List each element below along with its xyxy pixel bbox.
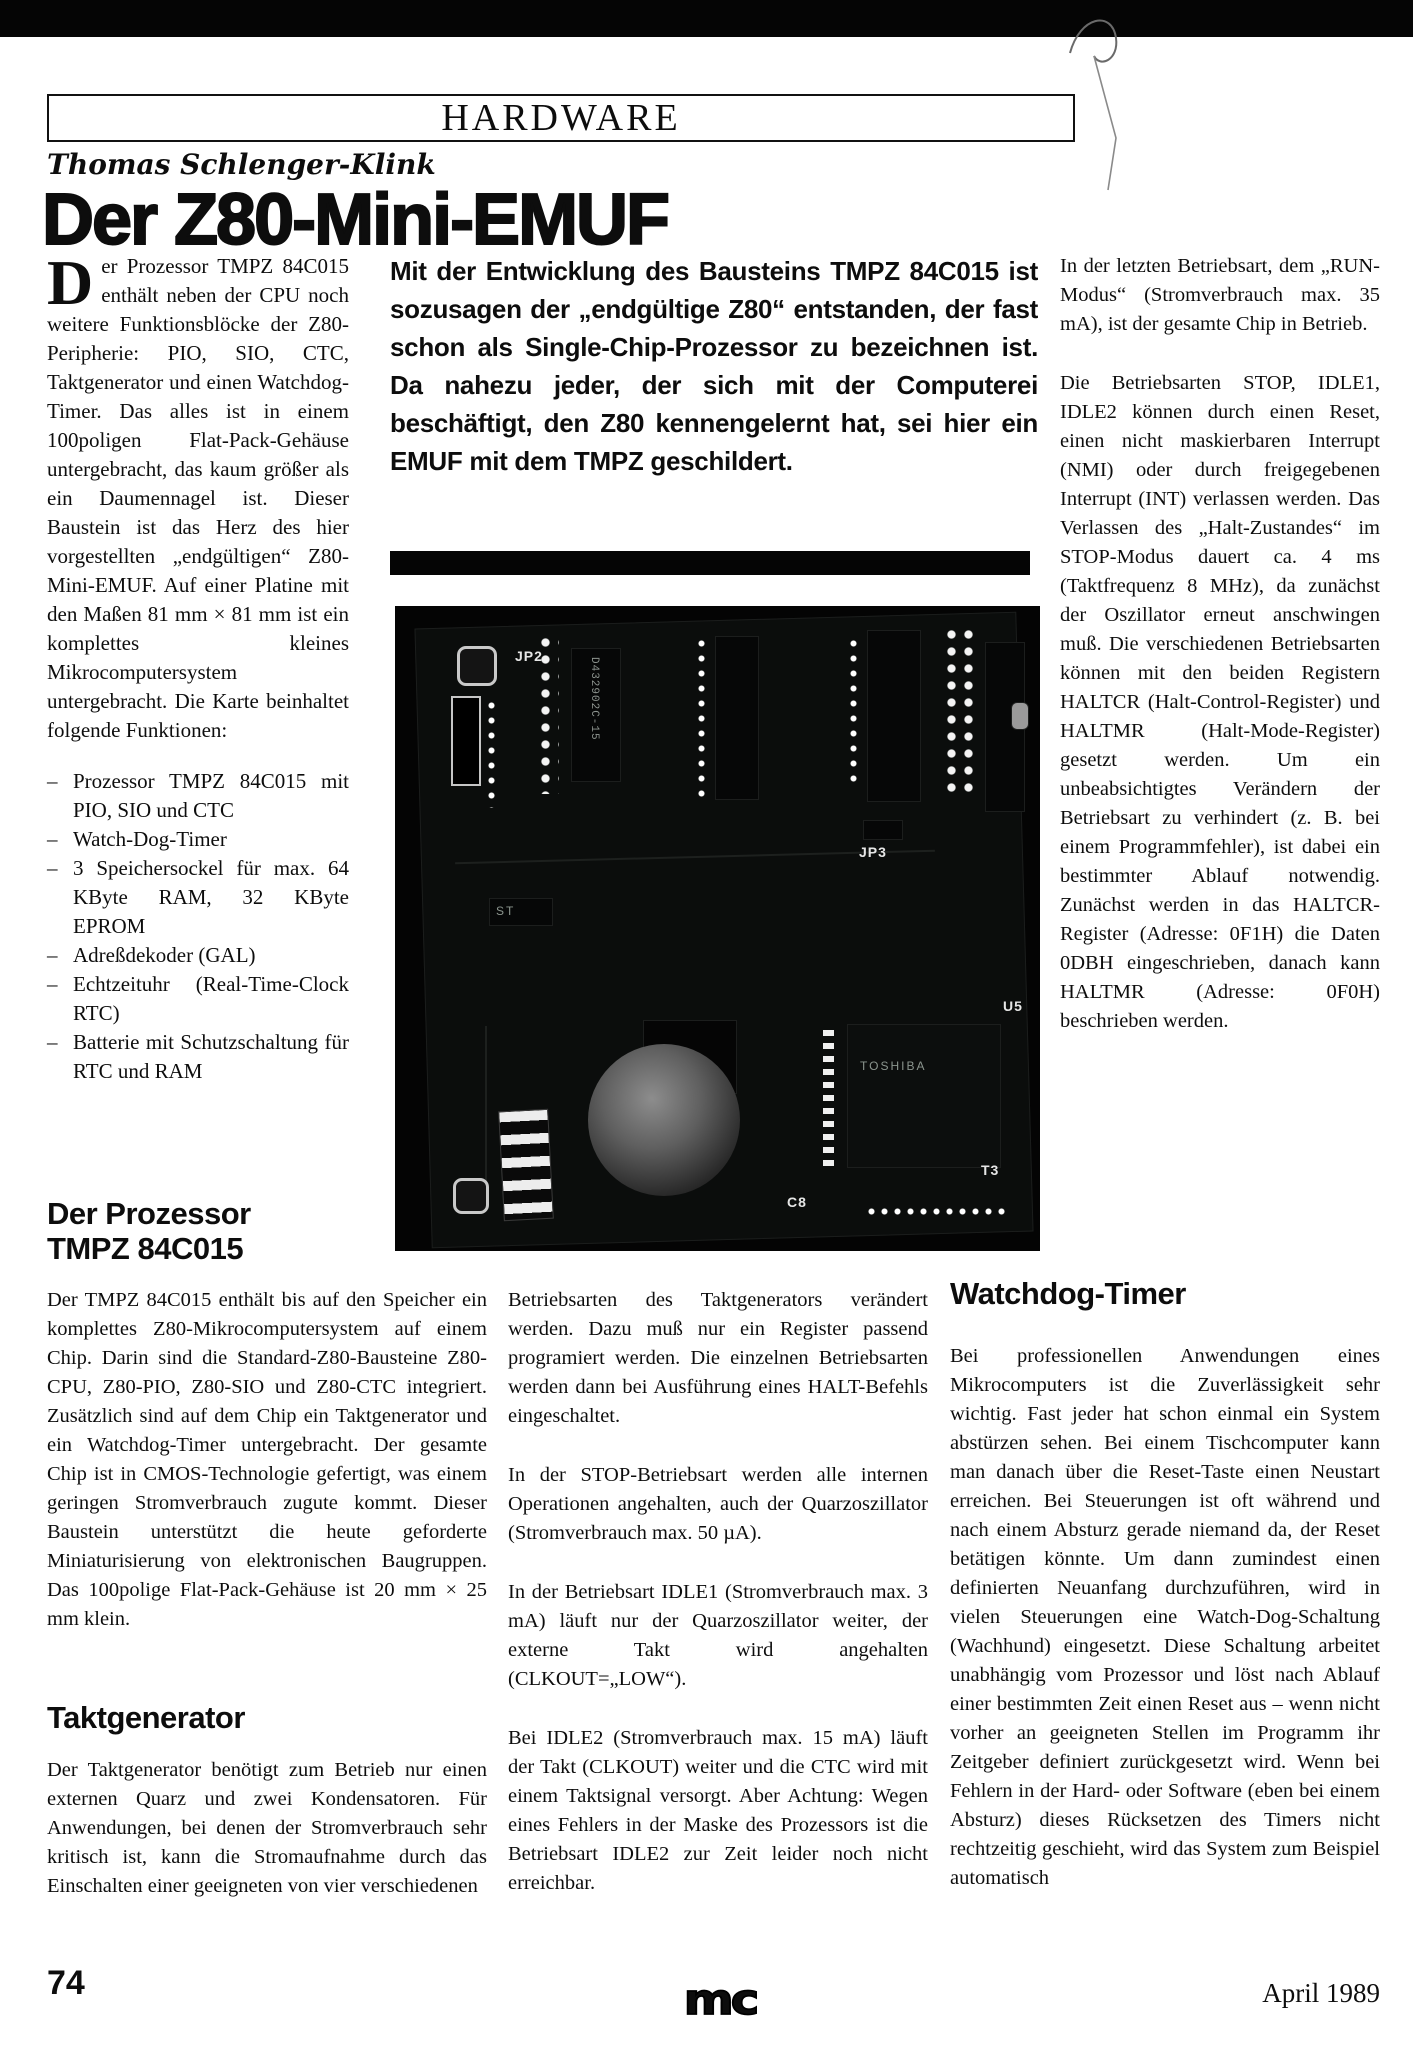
heading-line: TMPZ 84C015 bbox=[47, 1231, 467, 1266]
photo-label-u5: U5 bbox=[1003, 998, 1023, 1014]
page-number: 74 bbox=[47, 1964, 85, 2003]
lead-paragraph: Mit der Entwicklung des Bausteins TMPZ 8… bbox=[390, 252, 1038, 480]
bullet-dash: – bbox=[47, 825, 73, 854]
pin-row bbox=[695, 636, 711, 804]
list-item: –3 Speichersockel für max. 64 KByte RAM,… bbox=[47, 854, 349, 941]
ic-brand-st: ST bbox=[496, 904, 515, 918]
prozessor-body: Der TMPZ 84C015 enthält bis auf den Spei… bbox=[47, 1286, 487, 1634]
solder-pads bbox=[485, 698, 501, 808]
middle-column-bottom: Betriebsarten des Taktgenerators verände… bbox=[508, 1286, 928, 1898]
section-heading-taktgenerator: Taktgenerator bbox=[47, 1700, 467, 1735]
feature-list: –Prozessor TMPZ 84C015 mit PIO, SIO und … bbox=[47, 767, 349, 1086]
magazine-page: HARDWARE Thomas Schlenger-Klink Der Z80-… bbox=[0, 0, 1413, 2048]
rubric-label: HARDWARE bbox=[441, 96, 680, 140]
cpu-brand: TOSHIBA bbox=[860, 1059, 926, 1073]
mounting-hole bbox=[457, 646, 497, 686]
list-item-text: 3 Speichersockel für max. 64 KByte RAM, … bbox=[73, 854, 349, 941]
solder-pads bbox=[865, 1204, 1005, 1220]
drop-cap: D bbox=[47, 252, 101, 308]
ic-chip bbox=[867, 630, 921, 802]
list-item-text: Batterie mit Schutzschaltung für RTC und… bbox=[73, 1028, 349, 1086]
intro-text: er Prozessor TMPZ 84C015 enthält neben d… bbox=[47, 254, 349, 742]
heading-line: Der Prozessor bbox=[47, 1196, 467, 1231]
pin-header bbox=[943, 626, 977, 798]
jumper-block bbox=[863, 820, 903, 840]
backup-battery bbox=[588, 1044, 740, 1196]
top-black-bar bbox=[0, 0, 1413, 37]
ic-chip-small: ST bbox=[489, 898, 553, 926]
intro-column: Der Prozessor TMPZ 84C015 enthält neben … bbox=[47, 252, 349, 1086]
photo-label-jp3: JP3 bbox=[859, 844, 887, 860]
paragraph: In der STOP-Betriebsart werden alle inte… bbox=[508, 1461, 928, 1548]
watchdog-body: Bei professionellen Anwendungen eines Mi… bbox=[950, 1342, 1380, 1893]
cpu-chip: TOSHIBA bbox=[847, 1024, 1001, 1168]
author-byline: Thomas Schlenger-Klink bbox=[47, 148, 436, 181]
paragraph: In der letzten Betriebsart, dem „RUN-Mod… bbox=[1060, 252, 1380, 339]
ic-chip bbox=[715, 636, 759, 800]
ic-chip-marking: D432902C-15 bbox=[588, 657, 600, 741]
ic-chip: D432902C-15 bbox=[571, 648, 621, 782]
paragraph: In der Betriebsart IDLE1 (Stromverbrauch… bbox=[508, 1578, 928, 1694]
divider-black-bar bbox=[390, 551, 1030, 575]
rubric-box: HARDWARE bbox=[47, 94, 1075, 142]
intro-paragraph: Der Prozessor TMPZ 84C015 enthält neben … bbox=[47, 252, 349, 745]
paragraph: Betriebsarten des Taktgenerators verände… bbox=[508, 1286, 928, 1431]
list-item-text: Echtzeituhr (Real-Time-Clock RTC) bbox=[73, 970, 349, 1028]
right-column-top: In der letzten Betriebsart, dem „RUN-Mod… bbox=[1060, 252, 1380, 1036]
issue-date: April 1989 bbox=[1140, 1978, 1380, 2009]
list-item: –Echtzeituhr (Real-Time-Clock RTC) bbox=[47, 970, 349, 1028]
photo-label-c8: C8 bbox=[787, 1194, 807, 1210]
list-item-text: Watch-Dog-Timer bbox=[73, 825, 349, 854]
bullet-dash: – bbox=[47, 941, 73, 970]
mc-logo: mc bbox=[630, 1975, 810, 2024]
list-item: –Watch-Dog-Timer bbox=[47, 825, 349, 854]
bullet-dash: – bbox=[47, 767, 73, 825]
list-item: –Adreßdekoder (GAL) bbox=[47, 941, 349, 970]
paragraph: Bei IDLE2 (Stromverbrauch max. 15 mA) lä… bbox=[508, 1724, 928, 1898]
article-title: Der Z80-Mini-EMUF bbox=[42, 182, 942, 258]
list-item: –Batterie mit Schutzschaltung für RTC un… bbox=[47, 1028, 349, 1086]
section-heading-prozessor: Der Prozessor TMPZ 84C015 bbox=[47, 1196, 467, 1266]
photo-label-t3: T3 bbox=[981, 1162, 999, 1178]
bullet-dash: – bbox=[47, 854, 73, 941]
circuit-board-photo: JP2 D432902C-15 ST JP3 TOSHIBA U5 C8 T3 bbox=[395, 606, 1040, 1251]
bullet-dash: – bbox=[47, 970, 73, 1028]
relay-component bbox=[498, 1109, 554, 1221]
socket-pins bbox=[823, 1030, 834, 1168]
bullet-dash: – bbox=[47, 1028, 73, 1086]
list-item-text: Adreßdekoder (GAL) bbox=[73, 941, 349, 970]
pin-header bbox=[537, 634, 559, 794]
pin-row bbox=[847, 636, 863, 786]
capacitor bbox=[1011, 702, 1029, 730]
taktgenerator-body: Der Taktgenerator benötigt zum Betrieb n… bbox=[47, 1756, 487, 1901]
paragraph: Die Betriebsarten STOP, IDLE1, IDLE2 kön… bbox=[1060, 369, 1380, 1036]
list-item: –Prozessor TMPZ 84C015 mit PIO, SIO und … bbox=[47, 767, 349, 825]
page-curl-artifact bbox=[1020, 8, 1180, 198]
list-item-text: Prozessor TMPZ 84C015 mit PIO, SIO und C… bbox=[73, 767, 349, 825]
edge-connector bbox=[451, 696, 481, 786]
section-heading-watchdog: Watchdog-Timer bbox=[950, 1276, 1380, 1311]
